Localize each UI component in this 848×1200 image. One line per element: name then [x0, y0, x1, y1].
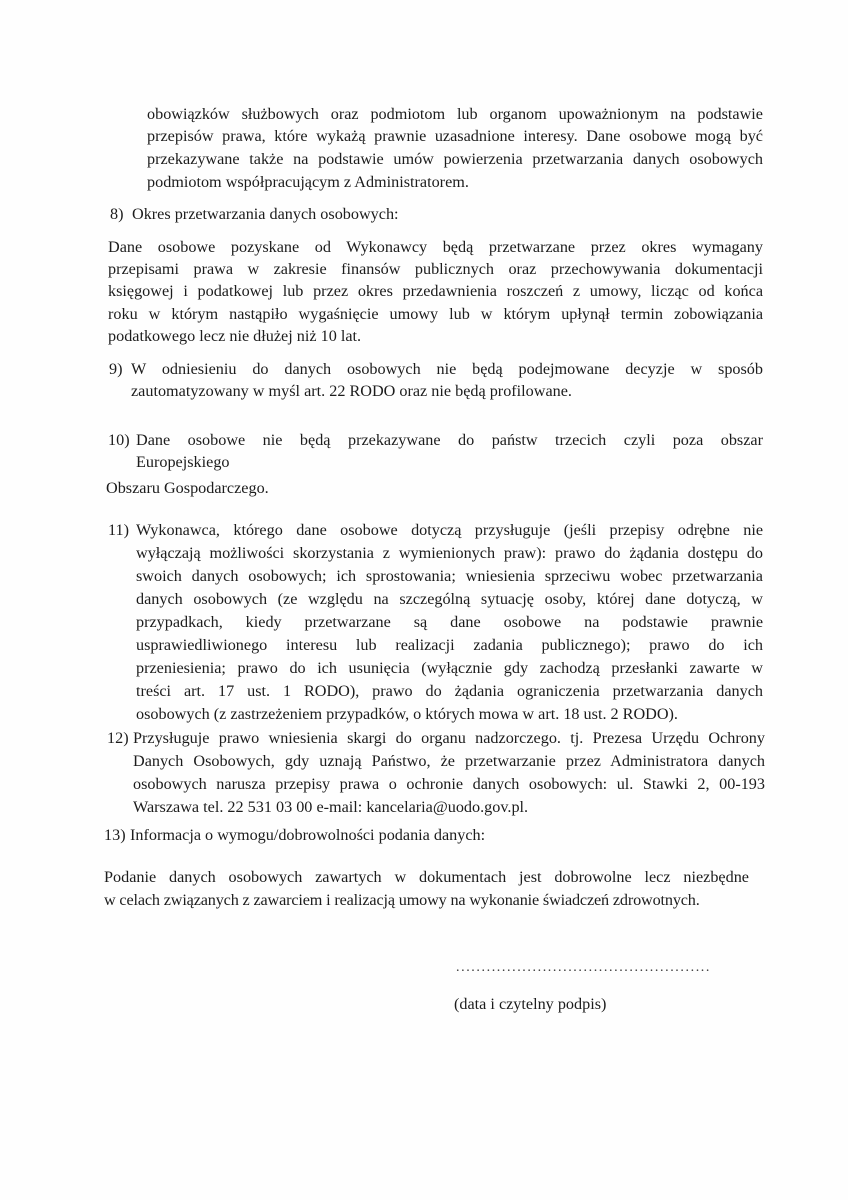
paragraph-line: danych osobowych (ze względu na szczegól…	[136, 589, 763, 609]
paragraph-line: osobowych (z zastrzeżeniem przypadków, o…	[136, 704, 678, 724]
paragraph-line: Danych Osobowych, gdy uznają Państwo, że…	[133, 751, 765, 771]
section-number: 9)	[109, 359, 122, 379]
paragraph-line: osobowych narusza przepisy prawa o ochro…	[133, 774, 765, 794]
paragraph-line: księgowej i podatkowej lub przez okres p…	[108, 281, 763, 301]
scanned-document-page: obowiązków służbowych oraz podmiotom lub…	[0, 0, 848, 1200]
paragraph-line: Warszawa tel. 22 531 03 00 e-mail: kance…	[133, 797, 528, 817]
paragraph-line: Dane osobowe pozyskane od Wykonawcy będą…	[108, 237, 763, 257]
paragraph-line: treści art. 17 ust. 1 RODO), prawo do żą…	[136, 681, 763, 701]
paragraph-line: przeniesienia; prawo do ich usunięcia (w…	[136, 658, 763, 678]
section-number: 11)	[108, 520, 129, 540]
paragraph-line: przepisów prawa, które wykażą prawnie uz…	[147, 126, 763, 146]
paragraph-line: przypadkach, kiedy przetwarzane są dane …	[136, 612, 763, 632]
paragraph-line: Podanie danych osobowych zawartych w dok…	[104, 867, 749, 887]
paragraph-line: Dane osobowe nie będą przekazywane do pa…	[136, 430, 763, 450]
signature-dotted-line: ........................................…	[456, 960, 711, 976]
section-number: 12)	[107, 728, 129, 748]
paragraph-line: Przysługuje prawo wniesienia skargi do o…	[133, 728, 765, 748]
paragraph-line: w celach związanych z zawarciem i realiz…	[104, 890, 700, 910]
section-heading: Okres przetwarzania danych osobowych:	[132, 204, 399, 224]
paragraph-line: przepisami prawa w zakresie finansów pub…	[108, 259, 763, 279]
paragraph-line: zautomatyzowany w myśl art. 22 RODO oraz…	[131, 381, 572, 401]
paragraph-line: Wykonawca, którego dane osobowe dotyczą …	[136, 520, 763, 540]
paragraph-line: obowiązków służbowych oraz podmiotom lub…	[147, 104, 763, 124]
paragraph-line: W odniesieniu do danych osobowych nie bę…	[131, 359, 763, 379]
paragraph-line: roku w którym nastąpiło wygaśnięcie umow…	[108, 304, 763, 324]
section-number: 13)	[104, 825, 126, 845]
paragraph-line: usprawiedliwionego interesu lub realizac…	[136, 635, 763, 655]
paragraph-line: przekazywane także na podstawie umów pow…	[147, 149, 763, 169]
paragraph-line: podmiotom współpracującym z Administrato…	[147, 172, 469, 192]
paragraph-line: wyłączają możliwości skorzystania z wymi…	[136, 543, 763, 563]
section-number: 8)	[110, 204, 123, 224]
paragraph-line: podatkowego lecz nie dłużej niż 10 lat.	[108, 326, 361, 346]
paragraph-line: Europejskiego	[136, 452, 230, 472]
section-number: 10)	[108, 430, 130, 450]
paragraph-line: swoich danych osobowych; ich sprostowani…	[136, 566, 763, 586]
section-heading: Informacja o wymogu/dobrowolności podani…	[130, 825, 485, 845]
signature-caption: (data i czytelny podpis)	[454, 994, 606, 1014]
paragraph-line: Obszaru Gospodarczego.	[106, 478, 269, 498]
